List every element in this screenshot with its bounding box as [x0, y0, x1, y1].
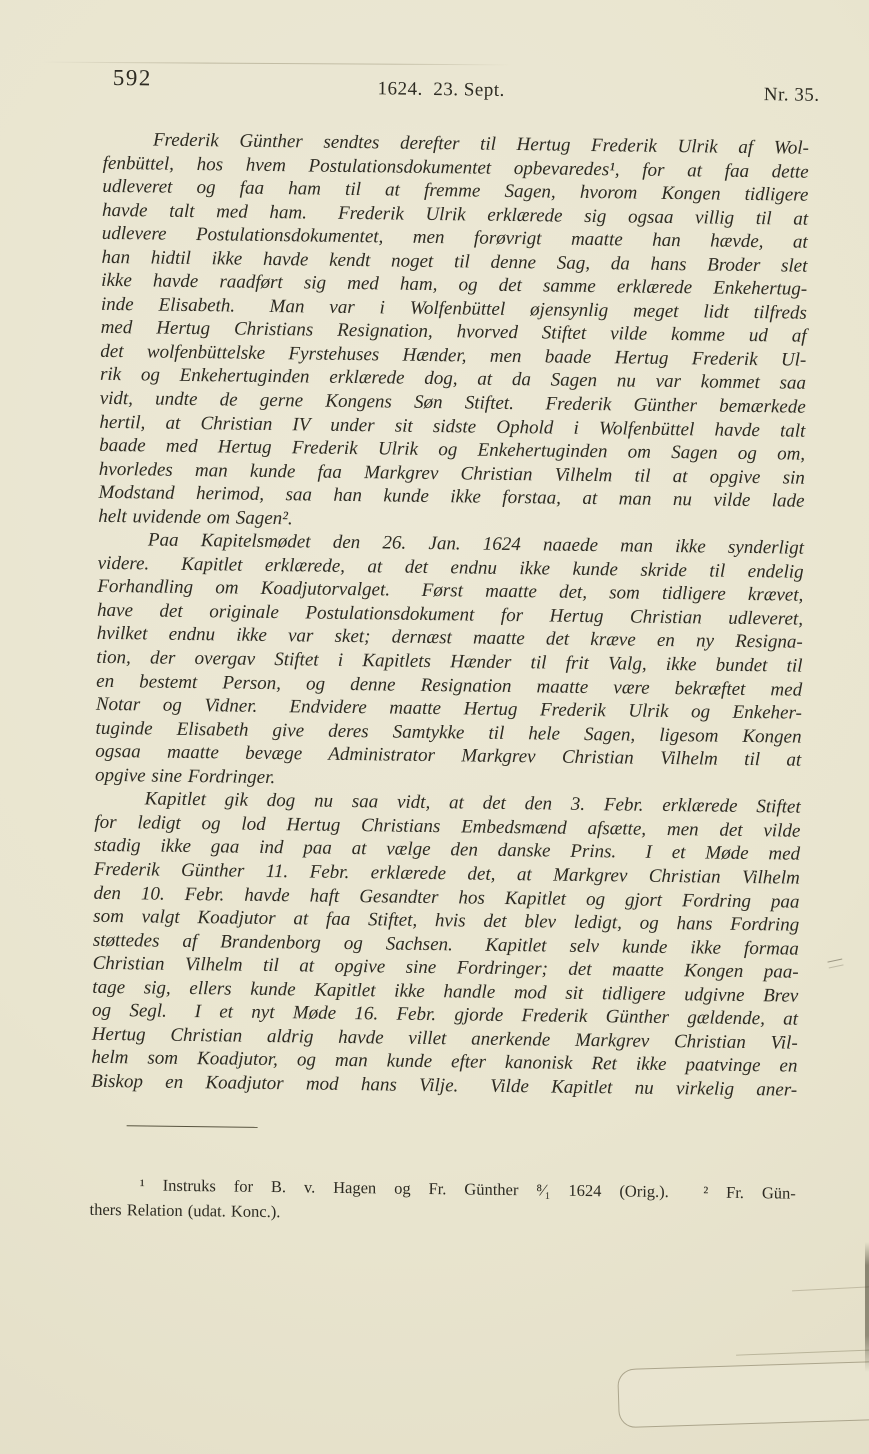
- paragraph: Kapitlet gik dog nu saa vidt, at det den…: [91, 787, 801, 1102]
- page-edge-shadow: [865, 1242, 869, 1372]
- page-content: 592 1624. 23. Sept. Nr. 35. Frederik Gün…: [0, 0, 869, 1454]
- paragraph: Paa Kapitelsmødet den 26. Jan. 1624 naae…: [95, 528, 804, 796]
- footnote: ¹ Instruks for B. v. Hagen og Fr. Günthe…: [89, 1173, 796, 1231]
- paragraph: ¹ Instruks for B. v. Hagen og Fr. Günthe…: [89, 1173, 796, 1231]
- body-text: Frederik Günther sendtes derefter til He…: [91, 128, 809, 1102]
- label-outline: [617, 1359, 869, 1428]
- header-date: 1624. 23. Sept.: [7, 74, 869, 107]
- footnote-separator: [127, 1125, 258, 1128]
- paragraph: Frederik Günther sendtes derefter til He…: [98, 128, 809, 537]
- scanned-book-page: 592 1624. 23. Sept. Nr. 35. Frederik Gün…: [0, 0, 869, 1454]
- header-document-number: Nr. 35.: [764, 84, 820, 107]
